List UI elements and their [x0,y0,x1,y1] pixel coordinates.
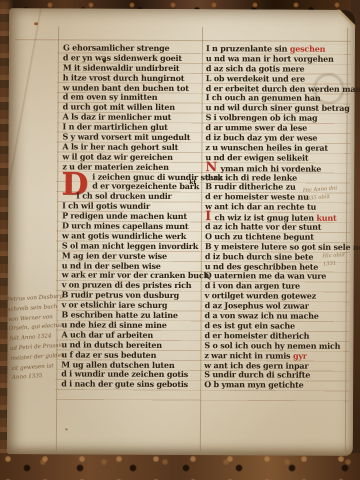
manuscript-page: D Gehorsamlicher strengeder yn was siden… [7,8,355,456]
binding-edge-bottom [0,453,360,480]
ink-spot [103,60,106,63]
margin-note-left: Petrus von Dusburgschreib sein buchvon W… [7,293,69,385]
page-corner-fold [331,10,355,34]
manuscript-photo: D Gehorsamlicher strengeder yn was siden… [0,0,360,480]
margin-note-right-2: Hic obiit1331 [322,252,346,268]
rubricated-word: geschen [290,44,325,54]
correction-mark: kt [189,179,196,186]
ink-spot [34,22,38,25]
text-column-left: Gehorsamlicher strengeder yn was sidenwe… [61,43,202,390]
rubricated-word: gyr [293,350,307,360]
manuscript-line: Ob yman myn getichte [204,380,349,391]
margin-note-right-1: Hic Anno dni1335 obiit [303,185,338,203]
manuscript-line: di nach der gute sins gebotis [61,380,200,391]
margin-note-line: Hic obiit [322,252,345,261]
margin-note-line: 1331 [323,260,346,269]
text-column-right: In pruzenlante sin geschenund wa man ir … [204,44,351,391]
ink-spot [65,428,68,430]
